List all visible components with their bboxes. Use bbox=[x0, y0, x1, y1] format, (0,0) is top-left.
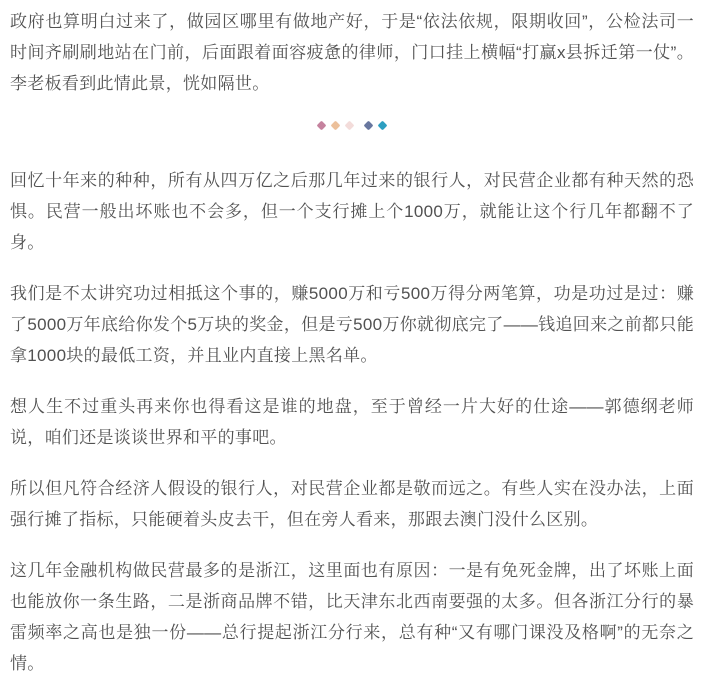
paragraph-1: 政府也算明白过来了，做园区哪里有做地产好，于是“依法依规，限期收回”，公检法司一… bbox=[10, 6, 694, 99]
section-divider bbox=[10, 121, 694, 130]
paragraph-2: 回忆十年来的种种，所有从四万亿之后那几年过来的银行人，对民营企业都有种天然的恐惧… bbox=[10, 165, 694, 258]
paragraph-4: 想人生不过重头再来你也得看这是谁的地盘，至于曾经一片大好的仕途——郭德纲老师说，… bbox=[10, 391, 694, 453]
paragraph-3: 我们是不太讲究功过相抵这个事的，赚5000万和亏500万得分两笔算，功是功过是过… bbox=[10, 278, 694, 371]
diamond-icon bbox=[345, 121, 355, 131]
diamond-icon bbox=[378, 121, 388, 131]
diamond-icon bbox=[331, 121, 341, 131]
diamond-icon bbox=[317, 121, 327, 131]
paragraph-6: 这几年金融机构做民营最多的是浙江，这里面也有原因：一是有免死金牌，出了坏账上面也… bbox=[10, 555, 694, 679]
paragraph-5: 所以但凡符合经济人假设的银行人，对民营企业都是敬而远之。有些人实在没办法，上面强… bbox=[10, 473, 694, 535]
article-content: 政府也算明白过来了，做园区哪里有做地产好，于是“依法依规，限期收回”，公检法司一… bbox=[0, 0, 704, 679]
diamond-icon bbox=[364, 121, 374, 131]
